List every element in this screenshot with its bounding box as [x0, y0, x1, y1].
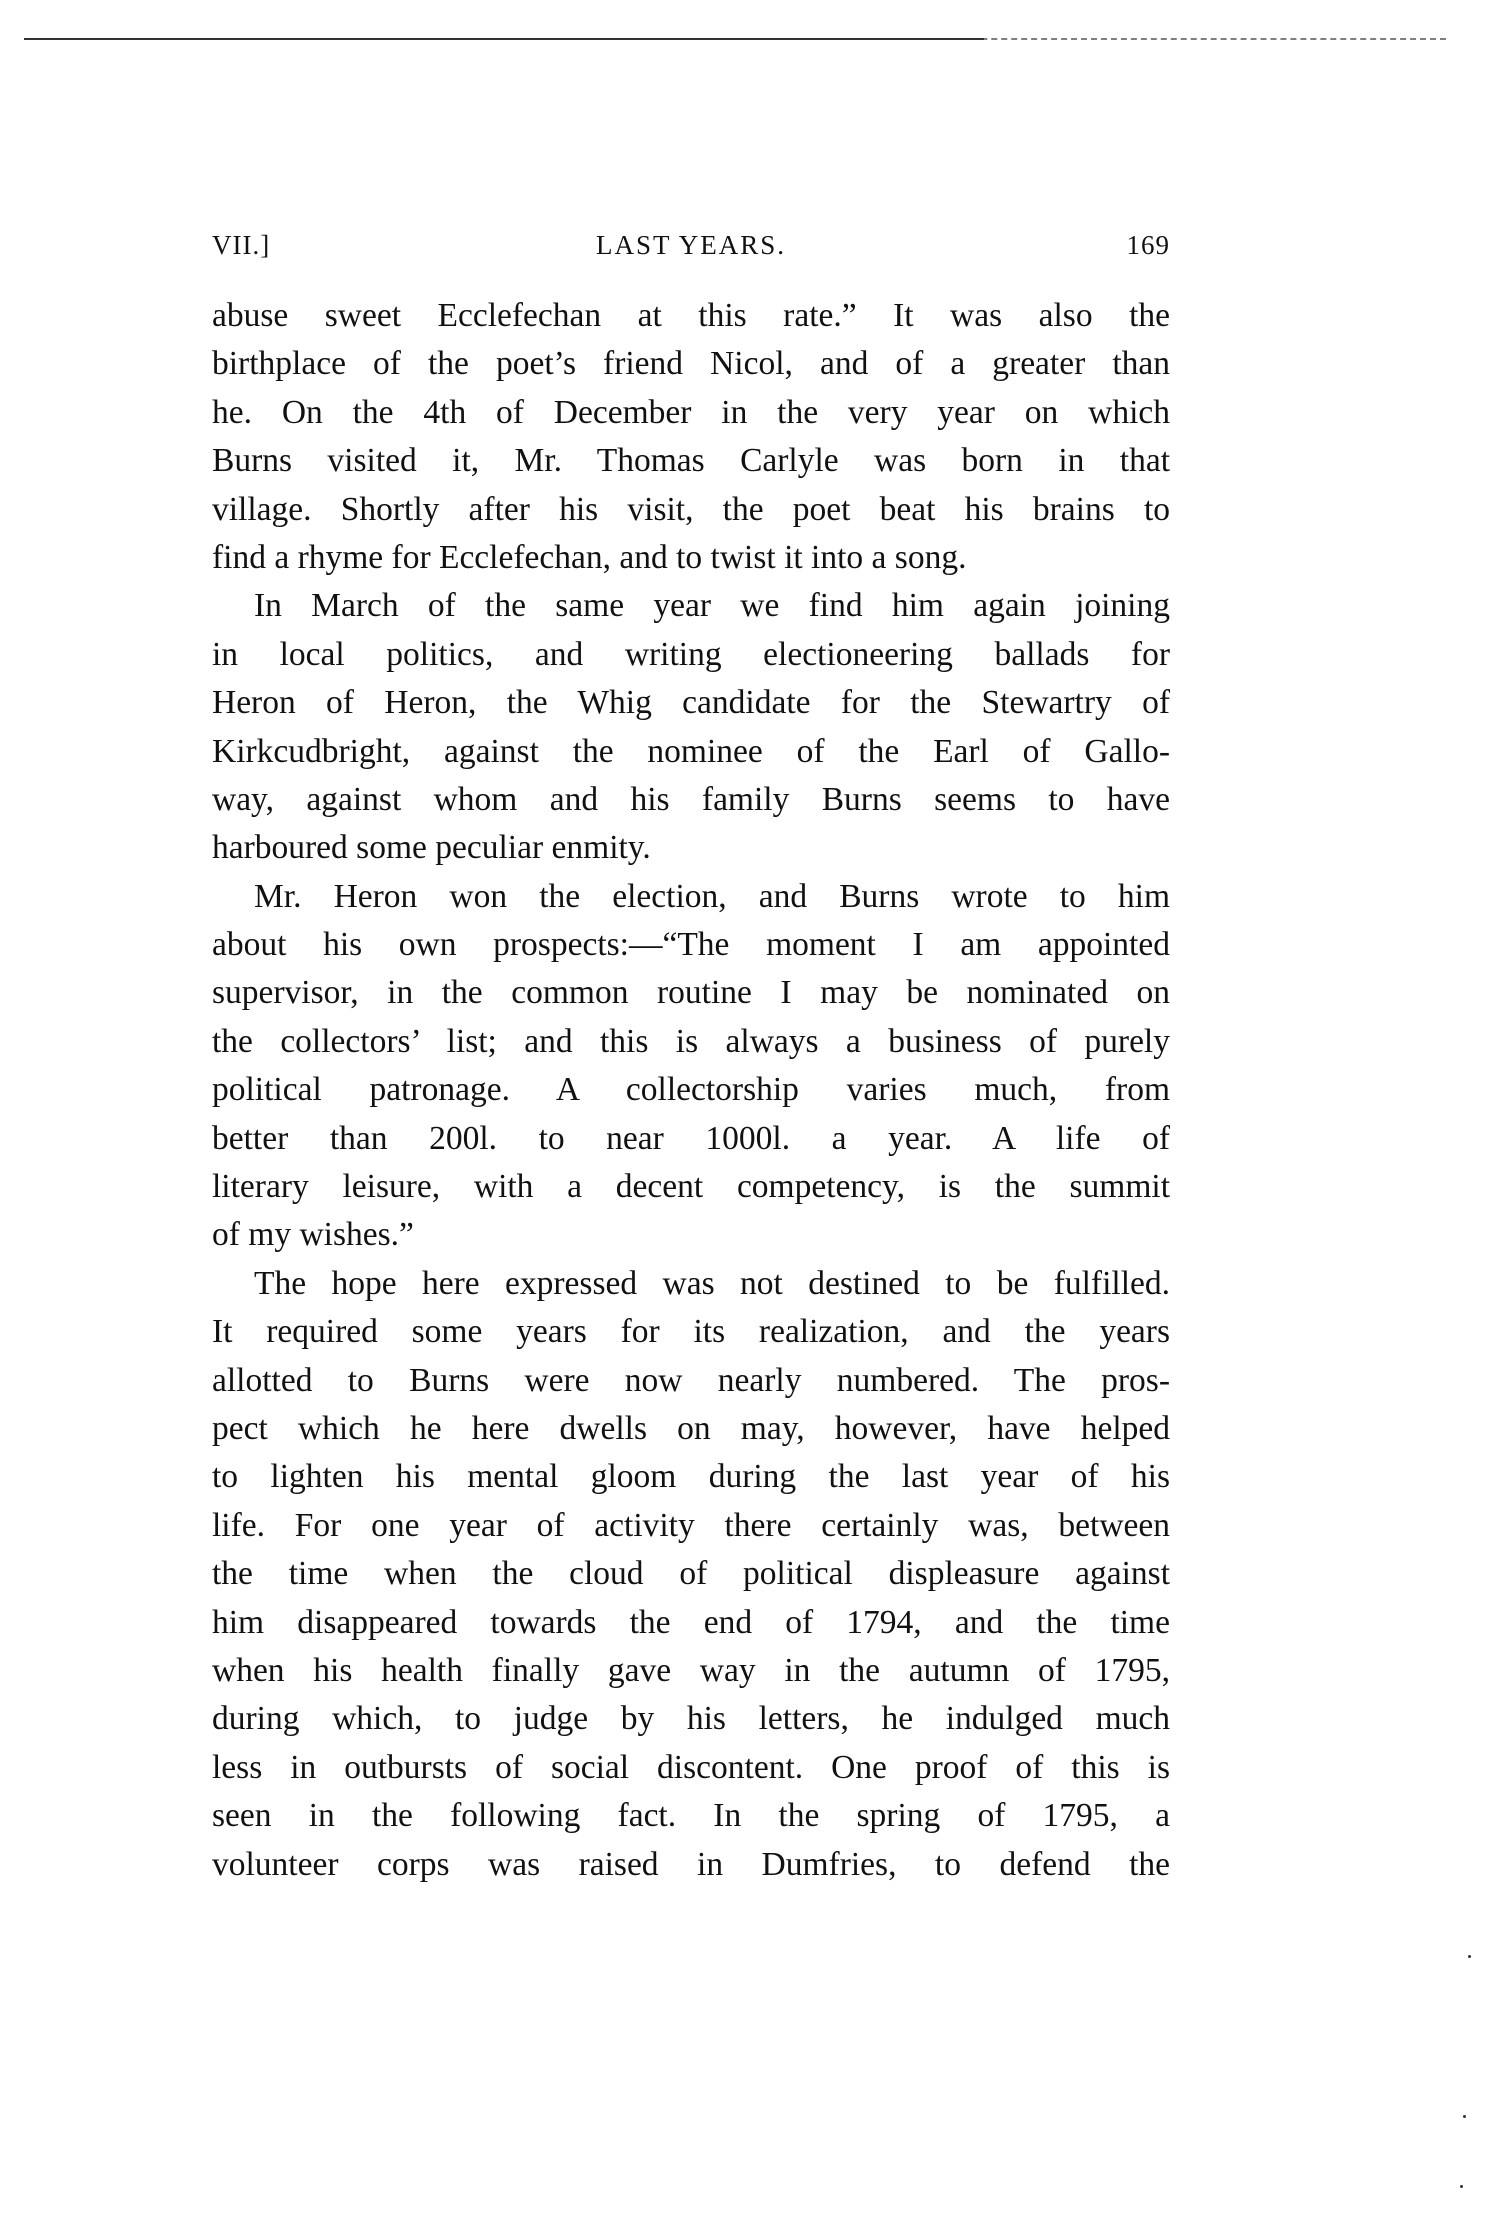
paragraph: The hope here expressed was not destined…	[212, 1260, 1170, 1889]
text-line: literary leisure, with a decent competen…	[212, 1163, 1170, 1211]
scan-speck	[1463, 2115, 1466, 2118]
scan-speck	[1460, 2185, 1463, 2188]
running-head: VII.] LAST YEARS. 169	[212, 222, 1170, 262]
page-number: 169	[1127, 230, 1171, 261]
paragraph: Mr. Heron won the election, and Burns wr…	[212, 873, 1170, 1260]
text-line: The hope here expressed was not destined…	[212, 1260, 1170, 1308]
text-line: of my wishes.”	[212, 1211, 1170, 1259]
text-line: he. On the 4th of December in the very y…	[212, 389, 1170, 437]
text-line: harboured some peculiar enmity.	[212, 824, 1170, 872]
text-line: him disappeared towards the end of 1794,…	[212, 1599, 1170, 1647]
text-line: better than 200l. to near 1000l. a year.…	[212, 1115, 1170, 1163]
text-line: during which, to judge by his letters, h…	[212, 1695, 1170, 1743]
text-line: allotted to Burns were now nearly number…	[212, 1357, 1170, 1405]
text-line: life. For one year of activity there cer…	[212, 1502, 1170, 1550]
text-line: Burns visited it, Mr. Thomas Carlyle was…	[212, 437, 1170, 485]
body-text: abuse sweet Ecclefechan at this rate.” I…	[212, 292, 1170, 1889]
text-line: It required some years for its realizati…	[212, 1308, 1170, 1356]
text-line: volunteer corps was raised in Dumfries, …	[212, 1841, 1170, 1889]
text-line: less in outbursts of social discontent. …	[212, 1744, 1170, 1792]
text-line: supervisor, in the common routine I may …	[212, 969, 1170, 1017]
scan-edge-line-solid	[24, 38, 984, 40]
text-line: find a rhyme for Ecclefechan, and to twi…	[212, 534, 1170, 582]
text-line: birthplace of the poet’s friend Nicol, a…	[212, 340, 1170, 388]
text-line: Heron of Heron, the Whig candidate for t…	[212, 679, 1170, 727]
paragraph: abuse sweet Ecclefechan at this rate.” I…	[212, 292, 1170, 582]
text-line: to lighten his mental gloom during the l…	[212, 1453, 1170, 1501]
text-line: in local politics, and writing electione…	[212, 631, 1170, 679]
paragraph: In March of the same year we find him ag…	[212, 582, 1170, 872]
text-line: abuse sweet Ecclefechan at this rate.” I…	[212, 292, 1170, 340]
book-page: VII.] LAST YEARS. 169 abuse sweet Ecclef…	[212, 222, 1170, 1889]
text-line: about his own prospects:—“The moment I a…	[212, 921, 1170, 969]
text-line: political patronage. A collectorship var…	[212, 1066, 1170, 1114]
text-line: the time when the cloud of political dis…	[212, 1550, 1170, 1598]
text-line: when his health finally gave way in the …	[212, 1647, 1170, 1695]
text-line: Kirkcudbright, against the nominee of th…	[212, 728, 1170, 776]
text-line: pect which he here dwells on may, howeve…	[212, 1405, 1170, 1453]
text-line: the collectors’ list; and this is always…	[212, 1018, 1170, 1066]
running-title: LAST YEARS.	[212, 230, 1170, 261]
scan-speck	[1468, 1955, 1471, 1958]
text-line: village. Shortly after his visit, the po…	[212, 486, 1170, 534]
text-line: In March of the same year we find him ag…	[212, 582, 1170, 630]
text-line: Mr. Heron won the election, and Burns wr…	[212, 873, 1170, 921]
text-line: seen in the following fact. In the sprin…	[212, 1792, 1170, 1840]
text-line: way, against whom and his family Burns s…	[212, 776, 1170, 824]
